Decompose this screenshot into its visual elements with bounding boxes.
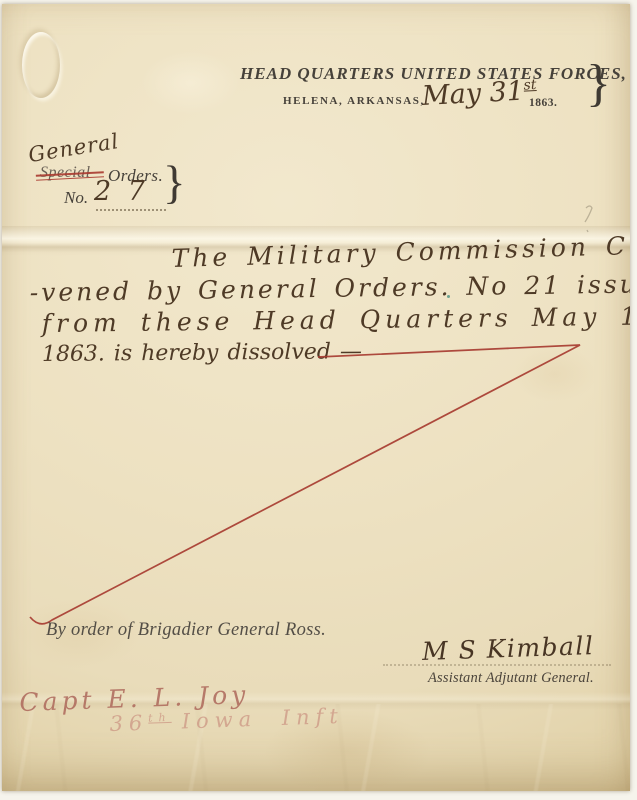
order-number-label: No. (64, 188, 88, 208)
date-ordinal-suffix: st (523, 77, 537, 94)
ordinal-suffix: th (148, 711, 172, 725)
order-number-dotted-line (96, 208, 166, 211)
orders-brace: } (163, 156, 186, 210)
order-type-correction: General (27, 129, 121, 167)
letterhead-location: HELENA, ARKANSAS, (283, 95, 425, 107)
order-number-value: 2 7 (94, 176, 149, 207)
body-line-3: from these Head Quarters May 12th (42, 301, 630, 338)
document-page: HEAD QUARTERS UNITED STATES FORCES, HELE… (2, 4, 630, 791)
body-line-2: -vened by General Orders. No 21 issued (30, 269, 630, 307)
date-year: 1863. (529, 97, 557, 109)
ink-speck (447, 295, 450, 298)
signature: M S Kimball (422, 631, 595, 666)
letterhead-brace: } (586, 54, 611, 113)
embossed-seal (22, 32, 60, 98)
date-handwritten: May 31st (421, 75, 537, 112)
body-line-1: The Military Commission Con (171, 230, 630, 273)
by-order-line: By order of Brigadier General Ross. (46, 620, 326, 641)
signature-title: Assistant Adjutant General. (428, 670, 594, 687)
signature-rule (383, 663, 611, 666)
body-line-4: 1863. is hereby dissolved — (42, 339, 362, 367)
scanned-document: HEAD QUARTERS UNITED STATES FORCES, HELE… (0, 0, 637, 800)
